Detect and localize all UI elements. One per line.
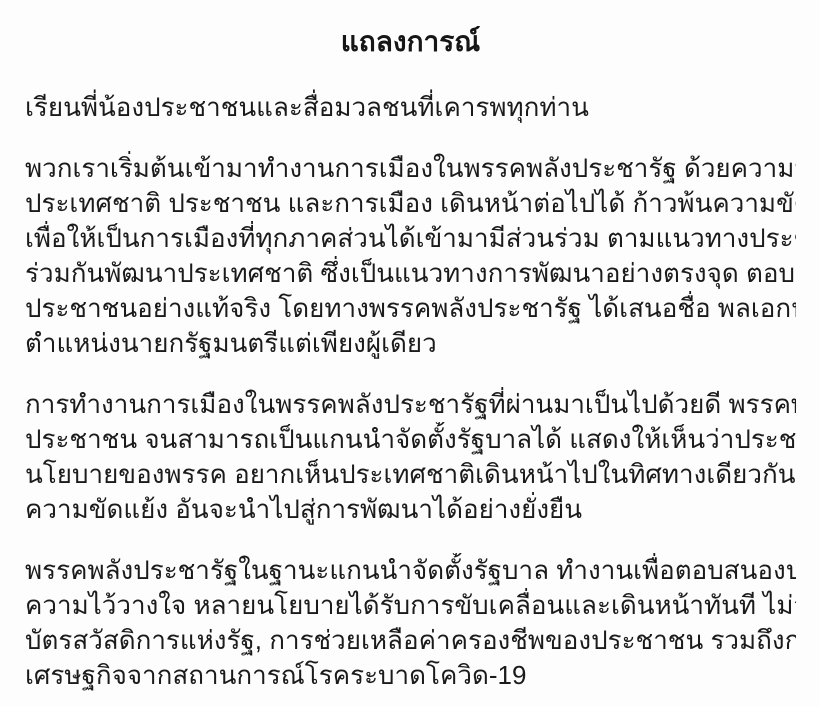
paragraph-line: ความไว้วางใจ หลายนโยบายได้รับการขับเคลื่… [25, 588, 796, 623]
paragraph-line: ความขัดแย้ง อันจะนำไปสู่การพัฒนาได้อย่าง… [25, 492, 796, 527]
paragraph-line: ร่วมกันพัฒนาประเทศชาติ ซึ่งเป็นแนวทางการ… [25, 256, 796, 291]
document-title: แถลงการณ์ [25, 20, 796, 62]
paragraph-line: ประชาชน จนสามารถเป็นแกนนำจัดตั้งรัฐบาลได… [25, 422, 796, 457]
paragraph-line: พรรคพลังประชารัฐในฐานะแกนนำจัดตั้งรัฐบาล… [25, 553, 796, 588]
paragraph-line: เศรษฐกิจจากสถานการณ์โรคระบาดโควิด-19 [25, 658, 796, 693]
paragraph: การทำงานการเมืองในพรรคพลังประชารัฐที่ผ่า… [25, 387, 796, 527]
paragraph-line: การทำงานการเมืองในพรรคพลังประชารัฐที่ผ่า… [25, 387, 796, 422]
document-page: แถลงการณ์ เรียนพี่น้องประชาชนและสื่อมวลช… [0, 0, 820, 706]
paragraph-line: ประเทศชาติ ประชาชน และการเมือง เดินหน้าต… [25, 186, 796, 221]
paragraph: พวกเราเริ่มต้นเข้ามาทำงานการเมืองในพรรคพ… [25, 151, 796, 361]
paragraph: พรรคพลังประชารัฐในฐานะแกนนำจัดตั้งรัฐบาล… [25, 553, 796, 693]
paragraph-line: บัตรสวัสดิการแห่งรัฐ, การช่วยเหลือค่าครอ… [25, 623, 796, 658]
paragraph-line: เพื่อให้เป็นการเมืองที่ทุกภาคส่วนได้เข้า… [25, 221, 796, 256]
paragraph-line: พวกเราเริ่มต้นเข้ามาทำงานการเมืองในพรรคพ… [25, 151, 796, 186]
paragraph-line: ประชาชนอย่างแท้จริง โดยทางพรรคพลังประชาร… [25, 291, 796, 326]
salutation-line: เรียนพี่น้องประชาชนและสื่อมวลชนที่เคารพท… [25, 90, 796, 125]
paragraph-line: ตำแหน่งนายกรัฐมนตรีแต่เพียงผู้เดียว [25, 326, 796, 361]
document-body: พวกเราเริ่มต้นเข้ามาทำงานการเมืองในพรรคพ… [25, 151, 796, 693]
paragraph-line: นโยบายของพรรค อยากเห็นประเทศชาติเดินหน้า… [25, 457, 796, 492]
